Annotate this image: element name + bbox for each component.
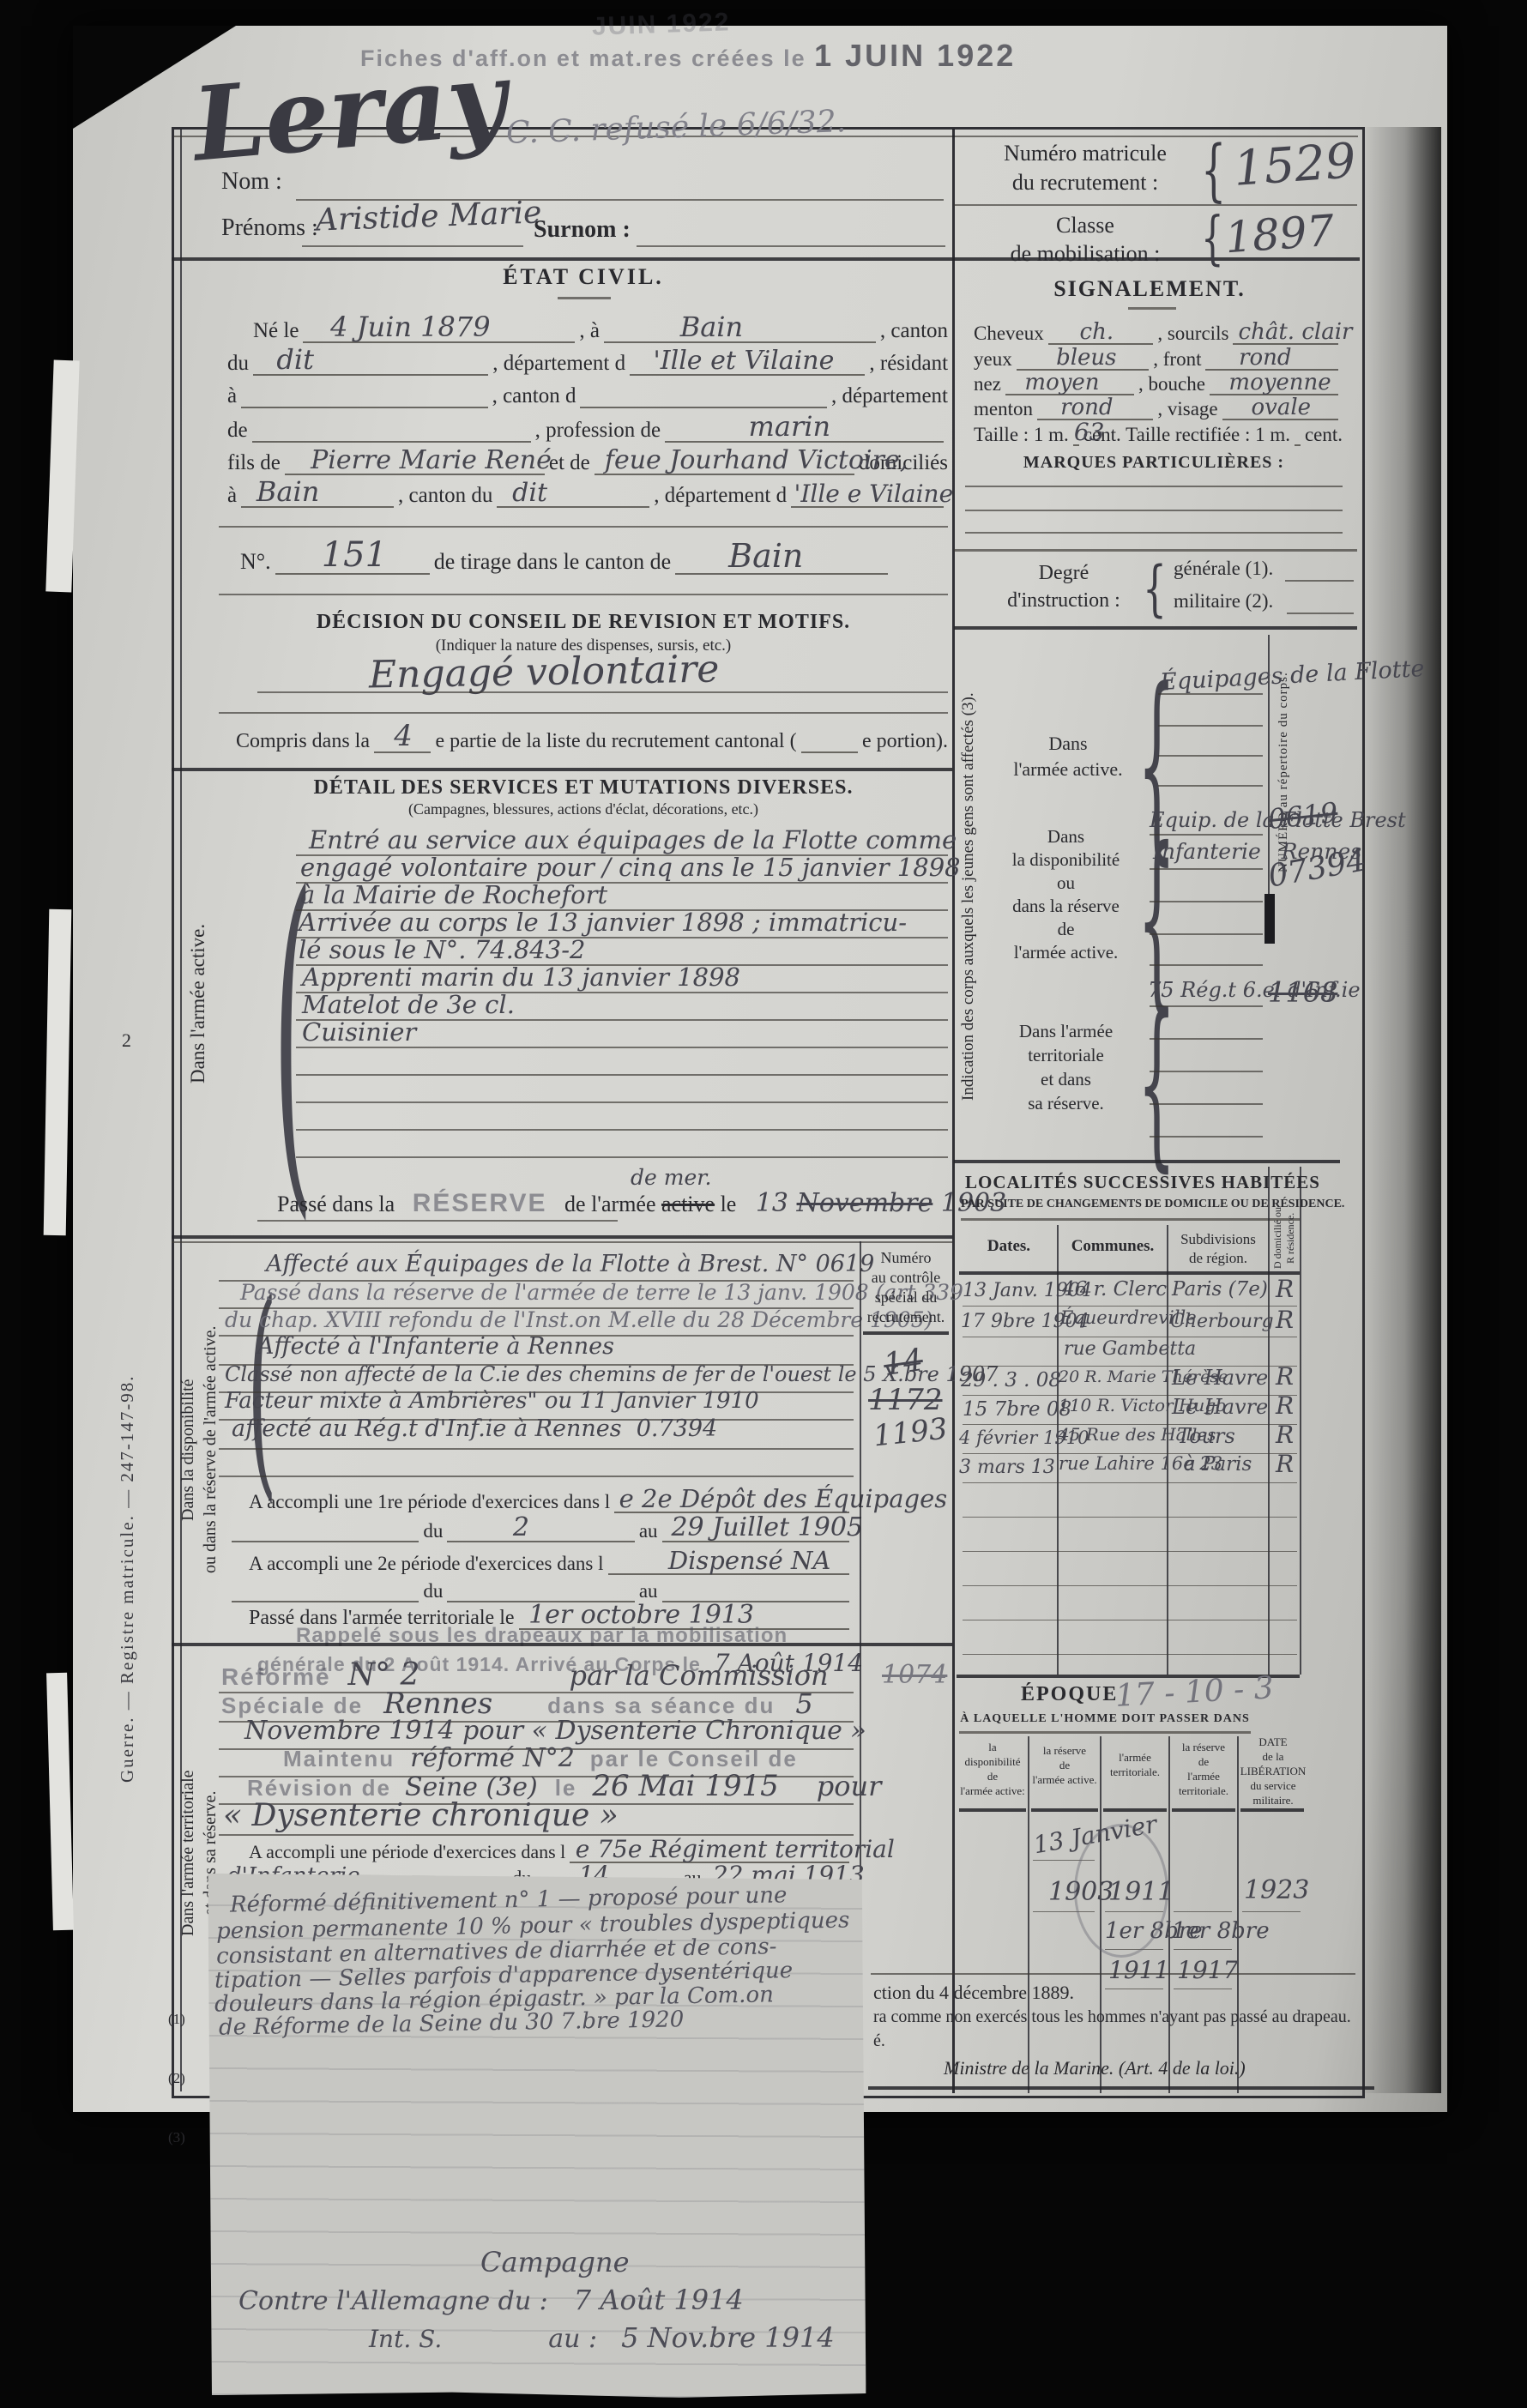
loc-dr: R — [1276, 1275, 1294, 1303]
localites-col-communes: Communes. — [1060, 1237, 1165, 1256]
marques-label: MARQUES PARTICULIÈRES : — [1012, 453, 1295, 473]
epoque-title: ÉPOQUE — [1021, 1683, 1118, 1706]
dispo-entry: Passé dans la réserve de l'armée de terr… — [240, 1280, 963, 1305]
spine-vertical-text: Guerre. — Registre matricule. — 247-147-… — [117, 1107, 138, 2050]
loc-date: 15 7bre 08 — [963, 1398, 1071, 1421]
scanned-military-record: JUIN 1922 Fiches d'aff.on et mat.res cré… — [0, 0, 1527, 2408]
taille-field: 63 — [1073, 419, 1079, 446]
campagne-line-1: Contre l'Allemagne du : 7 Août 1914 — [238, 2284, 744, 2316]
dispo-vertical-label: Dans la disponibilité ou dans la réserve… — [177, 1244, 221, 1656]
spine-number: 2 — [122, 1029, 131, 1052]
departement-field: 'Ille et Vilaine — [630, 341, 865, 376]
yeux-field: bleus — [1017, 343, 1150, 371]
compris-partie-field: 4 — [374, 721, 431, 753]
instruction-generale: générale (1). — [1174, 558, 1273, 580]
prenoms-line — [302, 245, 523, 247]
mother-field: feue Jourhand Victoire, — [595, 441, 854, 475]
domicile-dept-field: 'Ille e Vilaine — [791, 474, 944, 508]
periode1-field: e 2e Dépôt des Équipages — [614, 1481, 849, 1513]
controle-number-crossed: 1074 — [882, 1660, 947, 1690]
matricule-divider — [954, 204, 1357, 206]
nom-label: Nom : — [221, 168, 282, 196]
corps-vertical-label: Indication des corps auxquels les jeunes… — [959, 639, 978, 1154]
domicile-field: Bain — [241, 474, 394, 508]
loc-date: 3 mars 13 — [959, 1457, 1055, 1478]
service-entry: Entré au service aux équipages de la Flo… — [309, 825, 957, 854]
page-curl-shadow — [1360, 127, 1441, 2093]
birth-date-field: 4 Juin 1879 — [303, 309, 575, 343]
motif-line: Novembre 1914 pour « Dysenterie Chroniqu… — [244, 1716, 866, 1746]
column-divider — [952, 129, 955, 2093]
cheveux-field: ch. — [1048, 317, 1154, 345]
signalement-underline — [1128, 307, 1176, 310]
taille-rectifiee-field — [1295, 419, 1301, 446]
corps-terr-brace: { — [1138, 978, 1176, 1189]
menton-field: rond — [1037, 393, 1153, 420]
loc-subdiv: Le Havre — [1172, 1395, 1268, 1419]
section-divider — [172, 1235, 952, 1239]
campagne-line-2: Int. S. au : 5 Nov.bre 1914 — [369, 2321, 835, 2354]
footnote-markers: (1) (2) (3) — [168, 1970, 185, 2187]
residence-line: à , canton d , département — [227, 376, 948, 408]
dispo-entry: Facteur mixte à Ambrières" ou 11 Janvier… — [225, 1388, 759, 1414]
motif-line-2: « Dysenterie chronique » — [223, 1798, 619, 1833]
footnote-2: ra comme non exercés tous les hommes n'a… — [873, 2007, 1351, 2027]
classe-brace: { — [1201, 204, 1224, 271]
loc-dr: R — [1276, 1306, 1294, 1334]
footnote-3: é. — [873, 2031, 885, 2051]
de-mer-correction: de mer. — [631, 1165, 711, 1190]
classe-label: Classe de mobilisation : — [969, 211, 1201, 268]
epoque-col1: la disponibilité de l'armée active: — [957, 1740, 1028, 1798]
dispo-entry: Affecté aux Équipages de la Flotte à Bre… — [266, 1251, 874, 1277]
controle-underline — [863, 1331, 949, 1335]
epoque-v4b: 1er 8bre — [1172, 1918, 1270, 1944]
matricule-brace: { — [1201, 130, 1226, 209]
section-divider-2 — [172, 1241, 952, 1243]
bouche-field: moyenne — [1210, 368, 1338, 395]
service-entry: Cuisinier — [302, 1017, 416, 1047]
service-entry: Matelot de 3e cl. — [302, 990, 515, 1019]
loc-dr: R — [1276, 1362, 1294, 1391]
instruction-brace: { — [1143, 554, 1167, 625]
instruction-militaire: militaire (2). — [1174, 590, 1273, 613]
loc-dr: R — [1276, 1450, 1294, 1478]
compris-portion-field — [801, 721, 858, 753]
decision-title: DÉCISION DU CONSEIL DE REVISION ET MOTIF… — [283, 611, 884, 634]
sourcils-field: chât. clair — [1233, 317, 1338, 345]
torn-edge-fragment — [44, 909, 72, 1235]
footnote-1: ction du 4 décembre 1889. — [873, 1982, 1074, 2004]
matricule-label: Numéro matricule du recrutement : — [969, 139, 1201, 197]
epoque-v5: 1923 — [1244, 1875, 1309, 1905]
periode1-line: A accompli une 1re période d'exercices d… — [249, 1482, 854, 1513]
loc-commune: 46 r. Clerc — [1062, 1278, 1167, 1301]
service-entry: Apprenti marin du 13 janvier 1898 — [302, 963, 740, 992]
profession-line: de , profession de marin — [227, 410, 948, 443]
epoque-col4: la réserve de l'armée territoriale. — [1170, 1740, 1237, 1798]
visage-field: ovale — [1222, 393, 1338, 420]
creation-stamp-date: 1 JUIN 1922 — [814, 38, 1016, 73]
controle-number-crossed: 14 — [881, 1343, 925, 1383]
parents-line: fils de Pierre Marie René et de feue Jou… — [227, 443, 948, 475]
armee-active-vertical-label: Dans l'armée active. — [187, 858, 209, 1150]
surnom-line — [637, 245, 945, 247]
front-field: rond — [1205, 343, 1338, 371]
blank-line — [219, 594, 948, 595]
loc-subdiv: Tours — [1177, 1424, 1235, 1448]
passe-reserve-line: Passé dans la RÉSERVE de l'armée active … — [277, 1188, 1006, 1218]
controle-label: Numéro au contrôle spécial du recrutemen… — [861, 1248, 951, 1327]
surnom-label: Surnom : — [534, 216, 631, 244]
periode2-du-field — [447, 1573, 634, 1602]
epoque-col3: l'armée territoriale. — [1101, 1750, 1168, 1779]
periode-territoriale-line: A accompli une période d'exercices dans … — [249, 1836, 854, 1863]
sig-row-1: Cheveux ch. , sourcils chât. clair — [974, 319, 1343, 345]
lead-line — [232, 1573, 419, 1602]
prenoms-label: Prénoms : — [221, 214, 318, 242]
periode2-au-field — [662, 1573, 849, 1602]
periode1-dates-line: du 2 au 29 Juillet 1905 — [227, 1513, 854, 1542]
loc-dr: R — [1276, 1421, 1294, 1449]
loc-date: 29 . 3 . 08 — [961, 1369, 1061, 1391]
nez-field: moyen — [1005, 368, 1134, 395]
instruction-label: Degré d'instruction : — [978, 559, 1150, 614]
signalement-title: SIGNALEMENT. — [987, 276, 1313, 302]
corps-active-label: Dans l'armée active. — [999, 731, 1137, 782]
dispo-entry: Affecté à l'Infanterie à Rennes — [257, 1333, 614, 1360]
service-entry: engagé volontaire pour / cinq ans le 15 … — [300, 853, 961, 882]
torn-edge-fragment — [46, 1673, 74, 1931]
loc-commune: rue Gambetta — [1064, 1338, 1196, 1360]
decision-value: Engagé volontaire — [369, 647, 720, 697]
service-entry: Arrivée au corps le 13 janvier 1898 ; im… — [299, 908, 907, 937]
services-subtitle: (Campagnes, blessures, actions d'éclat, … — [257, 800, 909, 818]
service-entry: lé sous le N°. 74.843-2 — [299, 935, 585, 964]
residence-canton-field — [580, 374, 826, 408]
section-divider — [954, 1160, 1340, 1163]
controle-number-crossed: 1172 — [868, 1383, 943, 1417]
partial-date-stamp: JUIN 1922 — [591, 8, 731, 42]
loc-subdiv: Le Havre — [1172, 1366, 1268, 1390]
compris-line: Compris dans la 4 e partie de la liste d… — [236, 722, 948, 753]
residence-field — [241, 374, 487, 408]
father-field: Pierre Marie René — [285, 441, 545, 475]
sig-row-2: yeux bleus , front rond — [974, 345, 1343, 371]
loc-dr: R — [1276, 1391, 1294, 1420]
matricule-value: 1529 — [1232, 133, 1358, 197]
services-title: DÉTAIL DES SERVICES ET MUTATIONS DIVERSE… — [257, 776, 909, 800]
epoque-col5: DATE de la LIBÉRATION du service militai… — [1239, 1735, 1307, 1808]
localites-col-subdiv: Subdivisions de région. — [1170, 1230, 1266, 1268]
sig-row-taille: Taille : 1 m. 63 cent. Taille rectifiée … — [974, 420, 1343, 446]
periode-terr-field: e 75e Régiment territorial — [570, 1834, 849, 1863]
loc-subdiv: Paris (7e) — [1172, 1278, 1268, 1301]
dispo-entry: du chap. XVIII refondu de l'Inst.on M.el… — [225, 1307, 932, 1332]
epoque-v4c: 1917 — [1177, 1956, 1238, 1984]
localites-subtitle: PAR SUITE DE CHANGEMENTS DE DOMICILE OU … — [961, 1198, 1304, 1211]
blank-line — [219, 712, 948, 714]
tirage-number-field: 151 — [275, 537, 430, 575]
epoque-col2: la réserve de l'armée active. — [1029, 1743, 1100, 1787]
lead-line — [232, 1512, 419, 1542]
reserve-stamp: RÉSERVE — [413, 1189, 547, 1217]
section-divider — [172, 1643, 952, 1646]
campagne-title: Campagne — [480, 2246, 630, 2278]
birth-line-1: Né le 4 Juin 1879 , à Bain , canton — [253, 311, 948, 343]
dispo-entry: affecté au Rég.t d'Inf.ie à Rennes 0.739… — [232, 1415, 717, 1442]
localites-title: LOCALITÉS SUCCESSIVES HABITÉES — [965, 1172, 1300, 1193]
classe-value: 1897 — [1223, 206, 1336, 263]
sig-row-3: nez moyen , bouche moyenne — [974, 370, 1343, 395]
periode2-line: A accompli une 2e période d'exercices da… — [249, 1544, 854, 1575]
epoque-subtitle: À LAQUELLE L'HOMME DOIT PASSER DANS — [959, 1712, 1251, 1726]
sig-row-4: menton rond , visage ovale — [974, 395, 1343, 420]
etat-civil-title: ÉTAT CIVIL. — [412, 264, 755, 290]
tirage-canton-field: Bain — [675, 537, 888, 575]
blank-line — [219, 526, 948, 528]
corps-terr-num: 1168 — [1268, 976, 1337, 1009]
decision-line — [257, 691, 948, 693]
footnote-4: Ministre de la Marine. (Art. 4 de la loi… — [944, 2057, 1246, 2079]
canton-field: dit — [253, 341, 488, 376]
birth-line-2: du dit , département d 'Ille et Vilaine … — [227, 343, 948, 376]
service-entry: à la Mairie de Rochefort — [300, 880, 607, 909]
section-divider — [954, 549, 1357, 552]
periode1-du-field: 2 — [447, 1512, 634, 1542]
residence-dept-field — [252, 408, 531, 443]
repertoire-black-mark — [1264, 894, 1275, 944]
loc-subdiv: à Paris — [1184, 1453, 1252, 1476]
corps-terr-label: Dans l'armée territoriale et dans sa rés… — [995, 1019, 1137, 1115]
passe-reserve-underline — [257, 1220, 618, 1222]
section-divider — [172, 768, 952, 771]
section-divider — [954, 626, 1357, 630]
loc-subdiv: Cherbourg — [1170, 1311, 1274, 1332]
tirage-line: N°. 151 de tirage dans le canton de Bain — [240, 539, 892, 575]
periode1-au-field: 29 Juillet 1905 — [662, 1512, 849, 1542]
etat-civil-underline — [558, 297, 611, 299]
domicile-line: à Bain , canton du dit , département d '… — [227, 475, 948, 508]
round-stamp — [1074, 1824, 1168, 1958]
periode2-field: Dispensé NA — [608, 1542, 849, 1575]
profession-field: marin — [665, 408, 944, 443]
corps-dispo-label: Dans la disponibilité ou dans la réserve… — [991, 825, 1141, 964]
localites-col-dates: Dates. — [961, 1237, 1057, 1256]
domicile-canton-field: dit — [497, 474, 649, 508]
epoque-v3c: 1911 — [1108, 1956, 1169, 1984]
birth-place-field: Bain — [604, 309, 876, 343]
